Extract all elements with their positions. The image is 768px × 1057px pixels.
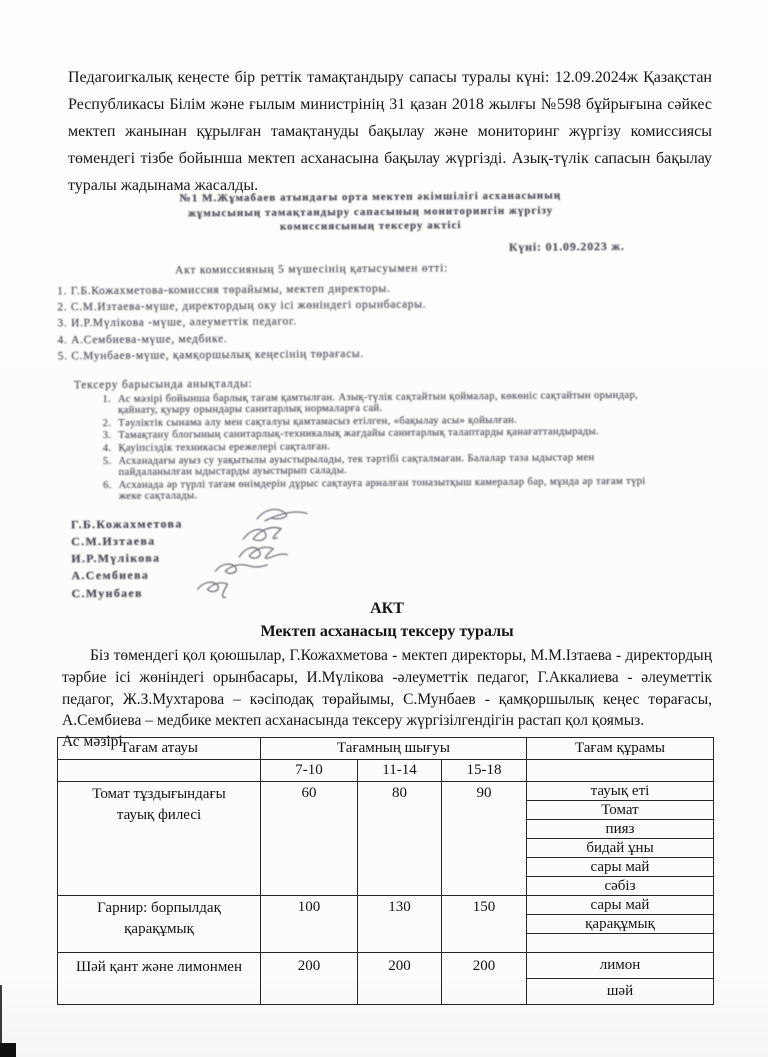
portion-11-14: 130 (358, 896, 442, 953)
empty-cell (58, 760, 261, 782)
scanned-document-page: Педагоигкалық кеңесте бір реттік тамақта… (0, 0, 768, 1057)
dish-name: Шәй қант және лимонмен (58, 953, 261, 1005)
findings-heading: Тексеру барысында анықталды: (74, 374, 686, 391)
ingredient (527, 934, 714, 953)
col-header-dish: Тағам атауы (58, 738, 261, 760)
empty-cell (527, 760, 714, 782)
signature-scribble (239, 547, 287, 558)
age-group: 7-10 (261, 760, 358, 782)
act-subtitle: Мектеп асханасыц тексеру туралы (62, 621, 712, 642)
ingredient: сары май (527, 858, 714, 877)
finding-item: Асханада әр түрлі тағам өнімдерін дұрыс … (115, 475, 661, 502)
handwritten-signatures (161, 504, 402, 606)
col-header-output: Тағамның шығуы (261, 738, 527, 760)
age-group: 11-14 (358, 760, 442, 782)
portion-7-10: 100 (261, 896, 358, 953)
scanned-act-title: №1 М.Жұмабаев атындағы орта мектеп әкімш… (84, 188, 656, 236)
ingredient: пияз (527, 820, 714, 839)
ingredient: сәбіз (527, 877, 714, 896)
scan-corner-artifact (0, 1043, 16, 1057)
act-title: АКТ (62, 598, 712, 619)
findings-list: Ас мәзірі бойынша барлық тағам қамтылған… (100, 389, 661, 503)
portion-15-18: 150 (442, 896, 527, 953)
portion-7-10: 200 (261, 953, 358, 1005)
scanned-act-date: Күні: 01.09.2023 ж. (509, 238, 685, 254)
ingredient: лимон (527, 953, 714, 979)
finding-item: Асханадағы ауыз су уақытылы ауыстырылады… (114, 451, 660, 478)
menu-table: Тағам атауы Тағамның шығуы Тағам құрамы … (57, 737, 714, 1005)
act-body-paragraph: Біз төмендегі қол қоюшылар, Г.Кожахметов… (62, 645, 712, 732)
portion-11-14: 200 (358, 953, 442, 1005)
table-age-group-row: 7-10 11-14 15-18 (58, 760, 714, 782)
ingredient: қарақұмық (527, 915, 714, 934)
commission-members-list: 1. Г.Б.Кожахметова-комиссия төрайымы, ме… (57, 278, 686, 365)
table-row: Томат тұздығындағы тауық филесі 60 80 90… (58, 782, 714, 801)
signature-scribble (257, 509, 307, 521)
ingredient: шәй (527, 979, 714, 1005)
signature-scribble (243, 527, 281, 540)
scanned-act-attendance-line: Акт комиссияның 5 мүшесінің қатысуымен ө… (175, 260, 685, 276)
ingredient: бидай ұны (527, 839, 714, 858)
table-row: Шәй қант және лимонмен 200 200 200 лимон (58, 953, 714, 979)
signature-scribble (197, 582, 227, 598)
portion-7-10: 60 (261, 782, 358, 896)
ingredient: Томат (527, 801, 714, 820)
intro-paragraph: Педагоигкалық кеңесте бір реттік тамақта… (68, 64, 712, 199)
embedded-scanned-act: №1 М.Жұмабаев атындағы орта мектеп әкімш… (56, 188, 687, 603)
dish-name: Томат тұздығындағы тауық филесі (58, 782, 261, 896)
col-header-composition: Тағам құрамы (527, 738, 714, 760)
portion-15-18: 200 (442, 953, 527, 1005)
signature-block: Г.Б.Кожахметова С.М.Изтаева И.Р.Мүлікова… (71, 513, 432, 602)
portion-11-14: 80 (358, 782, 442, 896)
ingredient: сары май (527, 896, 714, 915)
dish-name: Гарнир: борпылдақ қарақұмық (58, 896, 261, 953)
signature-scribble (215, 564, 267, 574)
commission-member: 5. С.Мунбаев-мүше, қамқоршылық кеңесінің… (58, 344, 686, 365)
age-group: 15-18 (442, 760, 527, 782)
portion-15-18: 90 (442, 782, 527, 896)
typed-act-section: АКТ Мектеп асханасыц тексеру туралы Біз … (62, 598, 712, 751)
table-header-row: Тағам атауы Тағамның шығуы Тағам құрамы (58, 738, 714, 760)
ingredient: тауық еті (527, 782, 714, 801)
table-row: Гарнир: борпылдақ қарақұмық 100 130 150 … (58, 896, 714, 915)
finding-item: Ас мәзірі бойынша барлық тағам қамтылған… (114, 389, 660, 416)
